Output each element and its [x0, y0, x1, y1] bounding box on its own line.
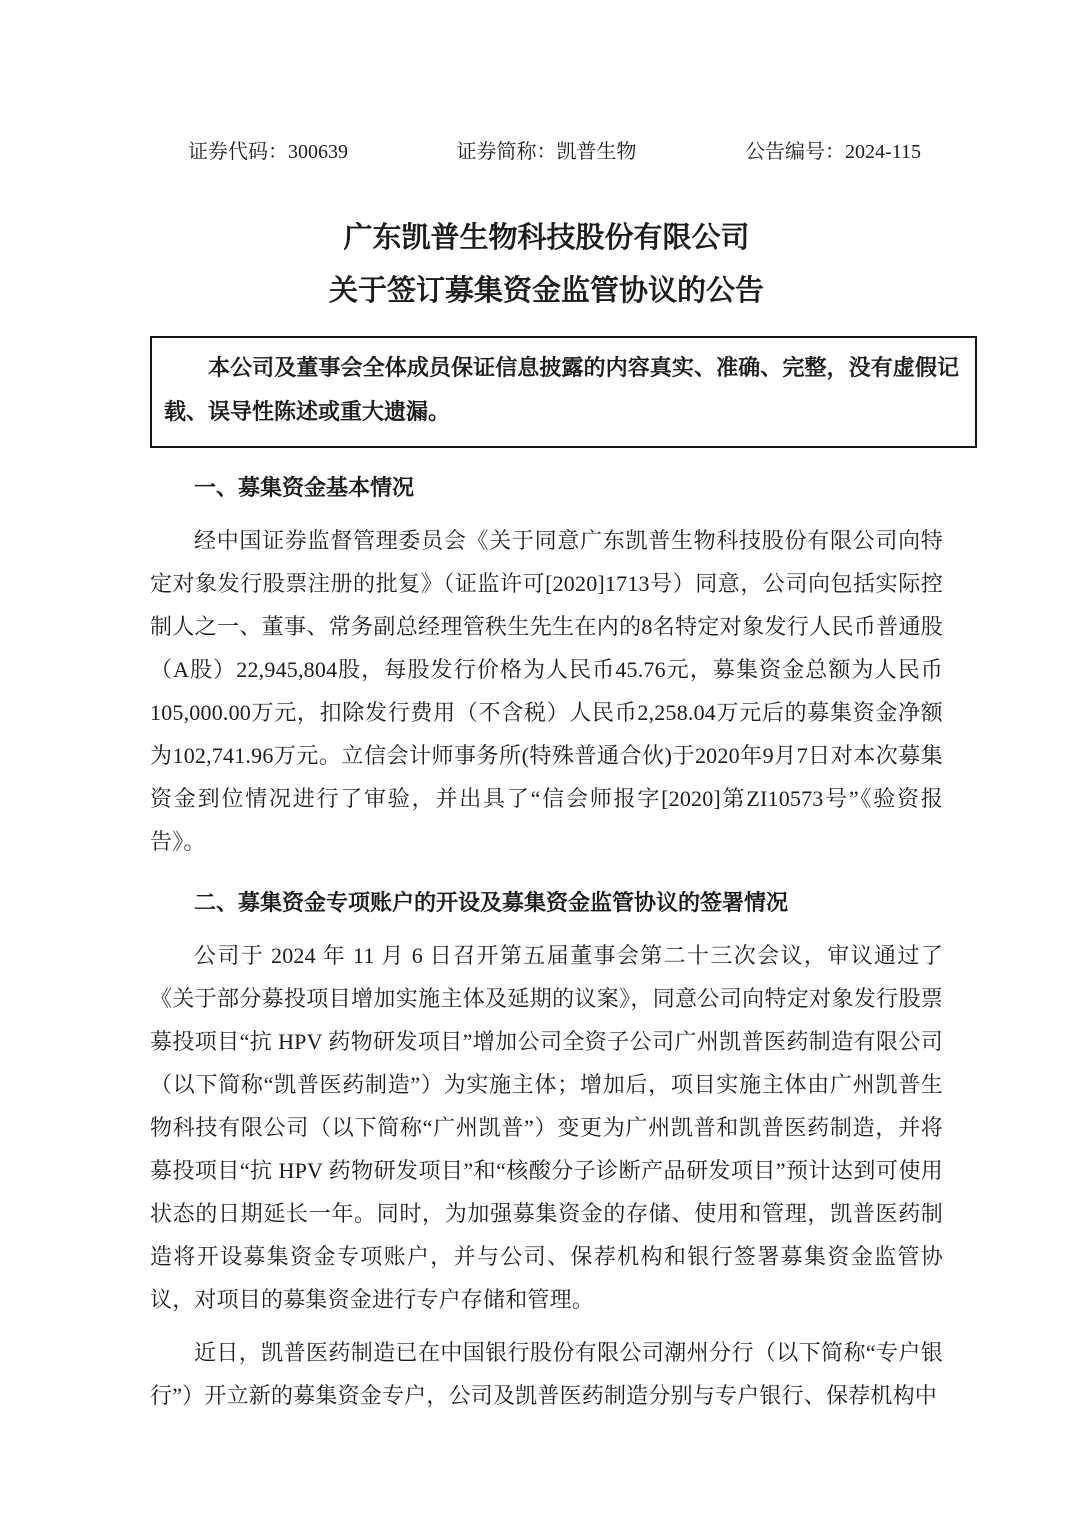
document-title: 广东凯普生物科技股份有限公司 关于签订募集资金监管协议的公告 [150, 212, 943, 318]
announcement-title-line: 关于签订募集资金监管协议的公告 [150, 265, 943, 318]
document-meta-header: 证券代码：300639 证券简称：凯普生物 公告编号：2024-115 [150, 138, 943, 166]
stock-code: 证券代码：300639 [188, 138, 348, 166]
section-2-paragraph-2: 近日，凯普医药制造已在中国银行股份有限公司潮州分行（以下简称“专户银行”）开立新… [150, 1331, 943, 1417]
section-heading-1: 一、募集资金基本情况 [150, 466, 943, 509]
disclosure-notice-text: 本公司及董事会全体成员保证信息披露的内容真实、准确、完整，没有虚假记载、误导性陈… [164, 346, 959, 434]
section-1-paragraph-1: 经中国证券监督管理委员会《关于同意广东凯普生物科技股份有限公司向特定对象发行股票… [150, 519, 943, 863]
company-name-title-line: 广东凯普生物科技股份有限公司 [150, 212, 943, 265]
stock-short-name: 证券简称：凯普生物 [457, 138, 637, 166]
section-2-paragraph-1: 公司于 2024 年 11 月 6 日召开第五届董事会第二十三次会议，审议通过了… [150, 934, 943, 1321]
disclosure-notice-box: 本公司及董事会全体成员保证信息披露的内容真实、准确、完整，没有虚假记载、误导性陈… [150, 336, 977, 448]
document-content: 证券代码：300639 证券简称：凯普生物 公告编号：2024-115 广东凯普… [0, 0, 1080, 1417]
announcement-number: 公告编号：2024-115 [745, 138, 921, 166]
section-heading-2: 二、募集资金专项账户的开设及募集资金监管协议的签署情况 [150, 881, 943, 924]
announcement-document-page: 证券代码：300639 证券简称：凯普生物 公告编号：2024-115 广东凯普… [0, 0, 1080, 1527]
